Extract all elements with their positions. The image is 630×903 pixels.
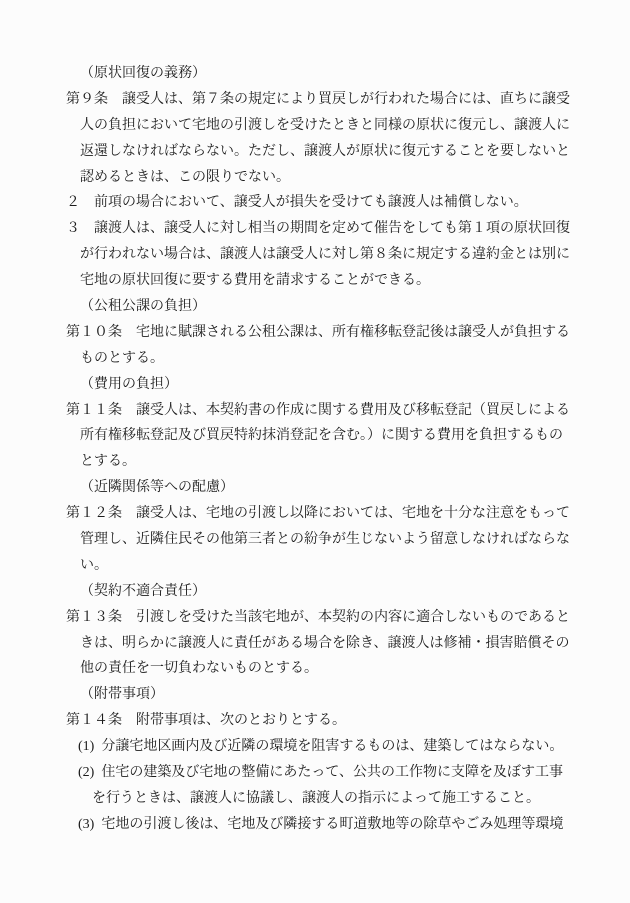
contract-text-block: （原状回復の義務）第９条 譲受人は、第７条の規定により買戻しが行われた場合には、… — [0, 61, 630, 838]
contract-line: ２ 前項の場合において、譲受人が損失を受けても譲渡人は補償しない。 — [66, 190, 630, 216]
contract-line: 第１２条 譲受人は、宅地の引渡し以降においては、宅地を十分な注意をもって — [66, 501, 630, 527]
contract-line: （公租公課の負担） — [80, 294, 630, 320]
contract-document-page: （原状回復の義務）第９条 譲受人は、第７条の規定により買戻しが行われた場合には、… — [0, 0, 630, 903]
contract-line: ３ 譲渡人は、譲受人に対し相当の期間を定めて催告をしても第１項の原状回復 — [66, 216, 630, 242]
contract-line: 所有権移転登記及び買戻特約抹消登記を含む。）に関する費用を負担するもの — [80, 423, 630, 449]
contract-line: 第１０条 宅地に賦課される公租公課は、所有権移転登記後は譲受人が負担する — [66, 320, 630, 346]
contract-line: 第９条 譲受人は、第７条の規定により買戻しが行われた場合には、直ちに譲受 — [66, 87, 630, 113]
contract-line: (2) 住宅の建築及び宅地の整備にあたって、公共の工作物に支障を及ぼす工事 — [78, 760, 630, 786]
contract-line: を行うときは、譲渡人に協議し、譲渡人の指示によって施工すること。 — [92, 786, 630, 812]
contract-line: （原状回復の義務） — [80, 61, 630, 87]
contract-line: （契約不適合責任） — [80, 579, 630, 605]
contract-line: 管理し、近隣住民その他第三者との紛争が生じないよう留意しなければならな — [80, 527, 630, 553]
contract-line: （附帯事項） — [80, 682, 630, 708]
contract-line: 宅地の原状回復に要する費用を請求することができる。 — [80, 268, 630, 294]
contract-line: 他の責任を一切負わないものとする。 — [80, 656, 630, 682]
contract-line: が行われない場合は、譲渡人は譲受人に対し第８条に規定する違約金とは別に — [80, 242, 630, 268]
contract-line: 第１１条 譲受人は、本契約書の作成に関する費用及び移転登記（買戻しによる — [66, 398, 630, 424]
contract-line: とする。 — [80, 449, 630, 475]
contract-line: 第１４条 附帯事項は、次のとおりとする。 — [66, 708, 630, 734]
contract-line: （費用の負担） — [80, 372, 630, 398]
contract-line: （近隣関係等への配慮） — [80, 475, 630, 501]
contract-line: 認めるときは、この限りでない。 — [80, 165, 630, 191]
contract-line: い。 — [80, 553, 630, 579]
contract-line: 第１３条 引渡しを受けた当該宅地が、本契約の内容に適合しないものであると — [66, 605, 630, 631]
contract-line: きは、明らかに譲渡人に責任がある場合を除き、譲渡人は修補・損害賠償その — [80, 631, 630, 657]
contract-line: 返還しなければならない。ただし、譲渡人が原状に復元することを要しないと — [80, 139, 630, 165]
contract-line: (1) 分譲宅地区画内及び近隣の環境を阻害するものは、建築してはならない。 — [78, 734, 630, 760]
contract-line: ものとする。 — [80, 346, 630, 372]
contract-line: (3) 宅地の引渡し後は、宅地及び隣接する町道敷地等の除草やごみ処理等環境 — [78, 812, 630, 838]
contract-line: 人の負担において宅地の引渡しを受けたときと同様の原状に復元し、譲渡人に — [80, 113, 630, 139]
